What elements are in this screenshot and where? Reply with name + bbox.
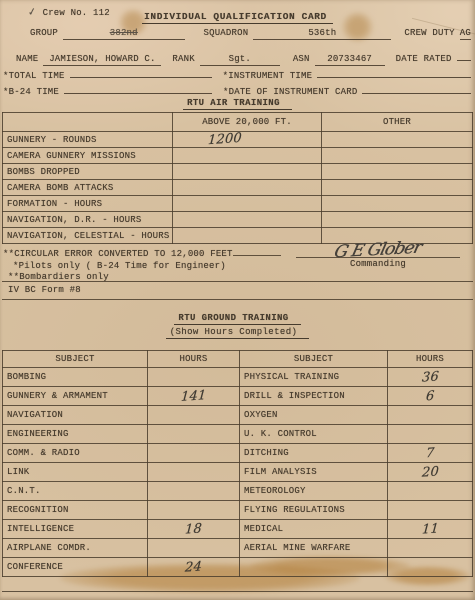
subject-cell: RECOGNITION <box>3 501 148 520</box>
air-training-table: ABOVE 20,000 FT. OTHER GUNNERY - ROUNDS … <box>2 112 473 244</box>
name-value: JAMIESON, HOWARD C. <box>49 54 155 64</box>
hours-cell <box>148 368 240 387</box>
handwritten-value: 11 <box>421 521 439 537</box>
table-row: ENGINEERING U. K. CONTROL <box>3 425 473 444</box>
subject-cell: DITCHING <box>240 444 388 463</box>
table-row: INTELLIGENCE 18 MEDICAL 11 <box>3 520 473 539</box>
subject-cell: OXYGEN <box>240 406 388 425</box>
rank-value: Sgt. <box>229 54 251 64</box>
total-time-label: *TOTAL TIME <box>3 71 65 81</box>
air-row-above <box>173 148 322 164</box>
air-row-other <box>322 164 473 180</box>
group-label: GROUP <box>30 28 58 38</box>
ground-col-subject-left: SUBJECT <box>3 351 148 368</box>
air-row-label: CAMERA BOMB ATTACKS <box>3 180 173 196</box>
subject-cell: MEDICAL <box>240 520 388 539</box>
hours-cell <box>388 558 473 577</box>
table-row: CONFERENCE 24 <box>3 558 473 577</box>
subject-cell: COMM. & RADIO <box>3 444 148 463</box>
divider-line <box>2 299 473 300</box>
air-training-title: RTU AIR TRAINING <box>183 98 292 110</box>
name-row: NAME JAMIESON, HOWARD C. RANK Sgt. ASN 2… <box>3 49 471 66</box>
squadron-value: 536th <box>308 28 336 38</box>
signature-block: G E Glober Commanding <box>296 240 460 269</box>
document-title: INDIVIDUAL QUALIFICATION CARD <box>142 11 333 24</box>
air-blank-header <box>3 113 173 132</box>
table-row: RECOGNITION FLYING REGULATIONS <box>3 501 473 520</box>
hours-cell: 141 <box>148 387 240 406</box>
subject-cell <box>240 558 388 577</box>
b24-time-label: *B-24 TIME <box>3 87 59 97</box>
handwritten-value: 20 <box>421 464 439 480</box>
table-row: NAVIGATION, D.R. - HOURS <box>3 212 473 228</box>
instrument-time-label: *INSTRUMENT TIME <box>223 71 313 81</box>
air-row-above <box>173 164 322 180</box>
instrument-time-field <box>317 66 471 78</box>
ground-training-title: RTU GROUND TRAINING <box>174 313 300 325</box>
date-rated-field <box>457 49 471 61</box>
hours-cell: 11 <box>388 520 473 539</box>
hours-cell <box>388 425 473 444</box>
handwritten-value: 6 <box>425 388 435 404</box>
air-row-label: CAMERA GUNNERY MISSIONS <box>3 148 173 164</box>
subject-cell: GUNNERY & ARMAMENT <box>3 387 148 406</box>
table-row: GUNNERY & ARMAMENT 141 DRILL & INSPECTIO… <box>3 387 473 406</box>
air-col-above: ABOVE 20,000 FT. <box>173 113 322 132</box>
group-row: GROUP 382nd SQUADRON 536th CREW DUTY AG <box>3 28 471 40</box>
air-row-other <box>322 148 473 164</box>
rank-label: RANK <box>172 54 194 64</box>
hours-cell <box>148 444 240 463</box>
ground-col-subject-right: SUBJECT <box>240 351 388 368</box>
date-rated-label: DATE RATED <box>396 54 452 64</box>
hours-cell: 6 <box>388 387 473 406</box>
footnote-pilots: *Pilots only ( B-24 Time for Engineer) <box>3 261 281 273</box>
table-row: AIRPLANE COMDR. AERIAL MINE WARFARE <box>3 539 473 558</box>
handwritten-value: 7 <box>425 445 435 461</box>
table-row: FORMATION - HOURS <box>3 196 473 212</box>
air-row-label: FORMATION - HOURS <box>3 196 173 212</box>
crew-duty-label: CREW DUTY <box>404 28 454 38</box>
hours-cell <box>388 501 473 520</box>
subject-cell: METEOROLOGY <box>240 482 388 501</box>
hours-cell <box>148 463 240 482</box>
commander-signature: G E Glober <box>333 238 424 262</box>
hours-cell: 36 <box>388 368 473 387</box>
hours-cell <box>148 539 240 558</box>
ground-col-hours-left: HOURS <box>148 351 240 368</box>
total-time-field <box>70 66 212 78</box>
subject-cell: U. K. CONTROL <box>240 425 388 444</box>
air-row-other <box>322 196 473 212</box>
hours-cell <box>388 482 473 501</box>
air-row-above <box>173 196 322 212</box>
air-row-other <box>322 212 473 228</box>
air-training-title-wrap: RTU AIR TRAINING <box>0 98 475 108</box>
crew-duty-field: AG <box>460 28 471 40</box>
asn-label: ASN <box>293 54 310 64</box>
hours-cell <box>148 482 240 501</box>
form-number: IV BC Form #8 <box>8 285 81 295</box>
name-field: JAMIESON, HOWARD C. <box>43 54 161 66</box>
b24-time-field <box>64 82 212 94</box>
handwritten-value: 1200 <box>208 132 243 148</box>
table-row: COMM. & RADIO DITCHING 7 <box>3 444 473 463</box>
squadron-label: SQUADRON <box>204 28 249 38</box>
subject-cell: PHYSICAL TRAINING <box>240 368 388 387</box>
hours-cell <box>388 406 473 425</box>
footnote-text: **CIRCULAR ERROR CONVERTED TO 12,000 FEE… <box>3 249 233 259</box>
asn-value: 20733467 <box>327 54 372 64</box>
divider-line <box>2 281 473 282</box>
air-row-label: NAVIGATION, D.R. - HOURS <box>3 212 173 228</box>
ground-training-title-wrap: RTU GROUND TRAINING <box>0 313 475 323</box>
air-row-other <box>322 132 473 148</box>
subject-cell: ENGINEERING <box>3 425 148 444</box>
subject-cell: DRILL & INSPECTION <box>240 387 388 406</box>
table-row: LINK FILM ANALYSIS 20 <box>3 463 473 482</box>
footnote-circular-error: **CIRCULAR ERROR CONVERTED TO 12,000 FEE… <box>3 246 281 261</box>
subject-cell: LINK <box>3 463 148 482</box>
crew-duty-value: AG <box>460 28 471 38</box>
squadron-field: 536th <box>253 28 391 40</box>
signature-title: Commanding <box>296 259 460 269</box>
air-header-row: ABOVE 20,000 FT. OTHER <box>3 113 473 132</box>
b24-time-row: *B-24 TIME *DATE OF INSTRUMENT CARD <box>3 82 471 97</box>
hours-cell: 7 <box>388 444 473 463</box>
total-time-row: *TOTAL TIME *INSTRUMENT TIME <box>3 66 471 81</box>
hours-cell <box>148 501 240 520</box>
bottom-edge-line <box>2 591 473 592</box>
ground-training-subtitle-wrap: (Show Hours Completed) <box>0 327 475 337</box>
table-row: CAMERA BOMB ATTACKS <box>3 180 473 196</box>
table-row: NAVIGATION OXYGEN <box>3 406 473 425</box>
handwritten-value: 24 <box>185 559 203 575</box>
air-col-other: OTHER <box>322 113 473 132</box>
rank-field: Sgt. <box>200 54 280 66</box>
subject-cell: INTELLIGENCE <box>3 520 148 539</box>
subject-cell: BOMBING <box>3 368 148 387</box>
hours-cell: 20 <box>388 463 473 482</box>
subject-cell: NAVIGATION <box>3 406 148 425</box>
document-title-wrap: INDIVIDUAL QUALIFICATION CARD <box>0 11 475 22</box>
air-row-above <box>173 212 322 228</box>
table-row: C.N.T. METEOROLOGY <box>3 482 473 501</box>
hours-cell <box>148 425 240 444</box>
table-row: CAMERA GUNNERY MISSIONS <box>3 148 473 164</box>
table-row: BOMBS DROPPED <box>3 164 473 180</box>
asn-field: 20733467 <box>315 54 385 66</box>
qualification-card-document: ✓ Crew No. 112 INDIVIDUAL QUALIFICATION … <box>0 0 475 600</box>
air-row-above: 1200 <box>173 132 322 148</box>
ground-training-subtitle: (Show Hours Completed) <box>166 327 310 339</box>
group-value: 382nd <box>110 28 138 38</box>
subject-cell: FILM ANALYSIS <box>240 463 388 482</box>
handwritten-value: 141 <box>180 388 206 405</box>
footnote-blank <box>233 246 281 256</box>
handwritten-value: 18 <box>185 521 203 537</box>
air-row-other <box>322 180 473 196</box>
subject-cell: AIRPLANE COMDR. <box>3 539 148 558</box>
footnotes: **CIRCULAR ERROR CONVERTED TO 12,000 FEE… <box>3 246 281 284</box>
hours-cell <box>148 406 240 425</box>
ground-header-row: SUBJECT HOURS SUBJECT HOURS <box>3 351 473 368</box>
hours-cell <box>388 539 473 558</box>
hours-cell: 24 <box>148 558 240 577</box>
handwritten-value: 36 <box>421 369 439 385</box>
subject-cell: AERIAL MINE WARFARE <box>240 539 388 558</box>
air-row-label: BOMBS DROPPED <box>3 164 173 180</box>
subject-cell: CONFERENCE <box>3 558 148 577</box>
air-row-above <box>173 180 322 196</box>
instrument-card-label: *DATE OF INSTRUMENT CARD <box>223 87 357 97</box>
air-row-label: NAVIGATION, CELESTIAL - HOURS <box>3 228 173 244</box>
instrument-card-field <box>362 82 471 94</box>
ground-col-hours-right: HOURS <box>388 351 473 368</box>
group-field: 382nd <box>63 28 184 40</box>
table-row: BOMBING PHYSICAL TRAINING 36 <box>3 368 473 387</box>
air-row-label: GUNNERY - ROUNDS <box>3 132 173 148</box>
hours-cell: 18 <box>148 520 240 539</box>
name-label: NAME <box>16 54 38 64</box>
subject-cell: C.N.T. <box>3 482 148 501</box>
ground-training-table: SUBJECT HOURS SUBJECT HOURS BOMBING PHYS… <box>2 350 473 577</box>
subject-cell: FLYING REGULATIONS <box>240 501 388 520</box>
table-row: GUNNERY - ROUNDS 1200 <box>3 132 473 148</box>
